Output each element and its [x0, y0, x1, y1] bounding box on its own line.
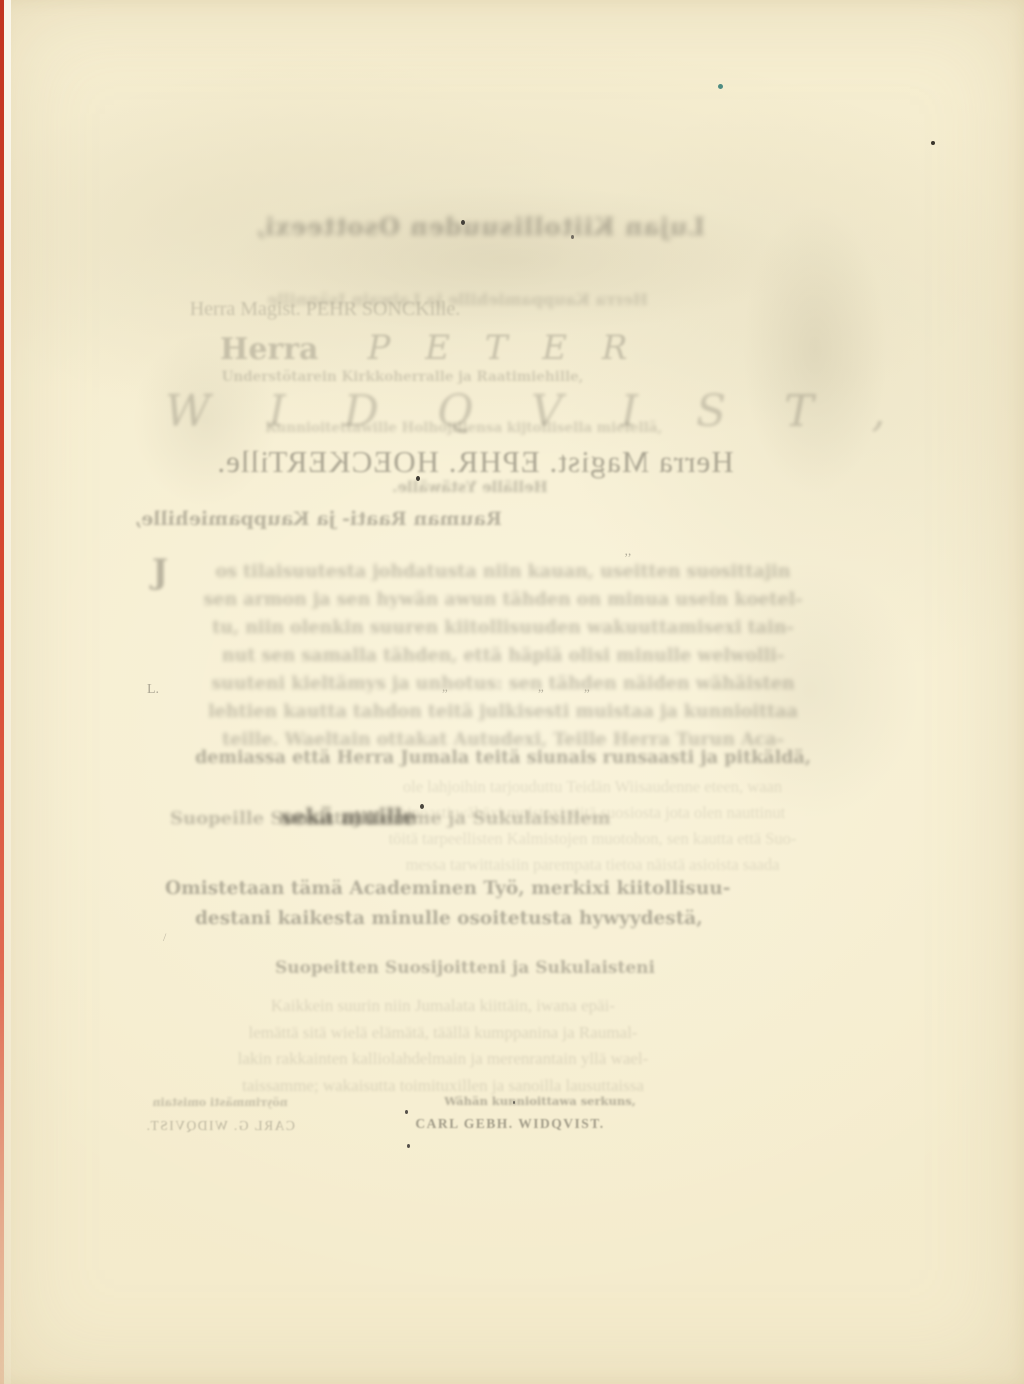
- ghost-text-line: nut sen samalla tähden, että häpiä olisi…: [150, 642, 856, 670]
- stray-quote-mark: ”: [442, 686, 448, 702]
- ghost-text-line: tu, niin olenkin suuren kiitollisuuden w…: [150, 614, 856, 642]
- stray-l-mark: L.: [147, 682, 159, 698]
- ghost-text-line: töitä tarpeellisten Kalmistojen muotohon…: [325, 826, 860, 852]
- ghost-recto-paragraph-last-line: demiassa että Herra Jumala teitä siunais…: [150, 748, 856, 768]
- stray-apostrophe-pair: ’’: [624, 550, 632, 566]
- ink-speck: [513, 1101, 515, 1104]
- ghost-recto-dedication-bold-overlay: sekä muille: [248, 804, 448, 829]
- ghost-recto-dedication-line-1: Omistetaan tämä Academinen Työ, merkixi …: [165, 878, 665, 899]
- left-edge-paper-sliver: [4, 0, 11, 1384]
- ghost-recto-signature-intro: Wähän kunnioittawa serkuns,: [415, 1094, 665, 1108]
- ink-speck: [420, 804, 424, 809]
- ghost-verso-signature-name-carl-g-widqvist: CARL G. WIDQVIST.: [125, 1118, 315, 1134]
- ghost-text-line: Kaikkein suurin niin Jumalata kiittäin, …: [183, 993, 703, 1020]
- ink-speck: [407, 1144, 410, 1148]
- ghost-recto-sub-line-1: Understötarein Kirkkoherralle ja Raatimi…: [190, 369, 615, 385]
- stray-quote-mark: ”: [584, 686, 590, 702]
- ghost-text-line: sen armon ja sen hywän awun tähden on mi…: [150, 586, 856, 614]
- ghost-text-line: lemättä sitä wielä elämätä, täällä kumpp…: [183, 1020, 703, 1047]
- ghost-recto-sub-line-2: Kunnioitettawille Holhojillensa kijtolli…: [265, 420, 590, 436]
- ghost-verso-dedicatee-hoeckert: Herra Magist. EPHR. HOECKERTille.: [125, 444, 825, 480]
- ghost-recto-paragraph: os tilaisuutesta johdatusta niin kauan, …: [150, 558, 856, 754]
- ghost-text-line: messa tarwittaisiin parempata tietoa näi…: [325, 852, 860, 878]
- teal-ink-dot: [718, 84, 723, 89]
- stray-slash-mark: /: [163, 930, 166, 945]
- ghost-text-line: lakin rakkainten kalliolahdelmain ja mer…: [183, 1046, 703, 1073]
- ghost-recto-honorific-and-name: Herra P E T E R: [220, 328, 680, 368]
- ink-speck: [931, 141, 935, 145]
- ghost-verso-title: Lujan Kiitollisuuden Osotteexi,: [240, 212, 720, 241]
- ink-speck: [571, 235, 574, 239]
- ghost-recto-closing-heading: Suopeitten Suosijoitteni ja Sukulaisteni: [275, 958, 575, 978]
- ghost-recto-dedication-line-2: destani kaikesta minulle osoitetusta hyw…: [195, 908, 585, 929]
- ghost-recto-honorific: Herra: [220, 332, 318, 367]
- ink-speck: [405, 1110, 408, 1114]
- ink-speck: [416, 476, 420, 481]
- ghost-recto-signature-name-carl-gebh-widqvist: CARL GEBH. WIDQVIST.: [405, 1116, 615, 1132]
- ghost-recto-name-first-peter: P E T E R: [367, 328, 639, 368]
- stray-quote-mark: ”: [538, 686, 544, 702]
- ghost-recto-faint-lower-block: Kaikkein suurin niin Jumalata kiittäin, …: [183, 993, 703, 1099]
- ghost-text-line: os tilaisuutesta johdatusta niin kauan, …: [150, 558, 856, 586]
- ghost-text-line: ole lahjoihin tarjouduttu Teidän Wiisaud…: [325, 774, 860, 800]
- ghost-text-line: suuteni kieltämys ja unhotus: sen tähden…: [150, 670, 856, 698]
- ghost-verso-dedicatee-sub: Hellälle Ystäwälle.: [370, 478, 570, 496]
- scanned-blank-verso-page: Lujan Kiitollisuuden Osotteexi, Herra Ka…: [0, 0, 1024, 1384]
- ghost-text-line: lehtien kautta tahdon teitä julkisesti m…: [150, 698, 856, 726]
- ghost-recto-magister-line-sonck: Herra Magist. PEHR SONCKille.: [135, 298, 515, 321]
- ghost-verso-dedicatee-group-rauma: Rauman Raati- ja Kauppamiehille,: [212, 508, 502, 530]
- ink-speck: [461, 220, 465, 225]
